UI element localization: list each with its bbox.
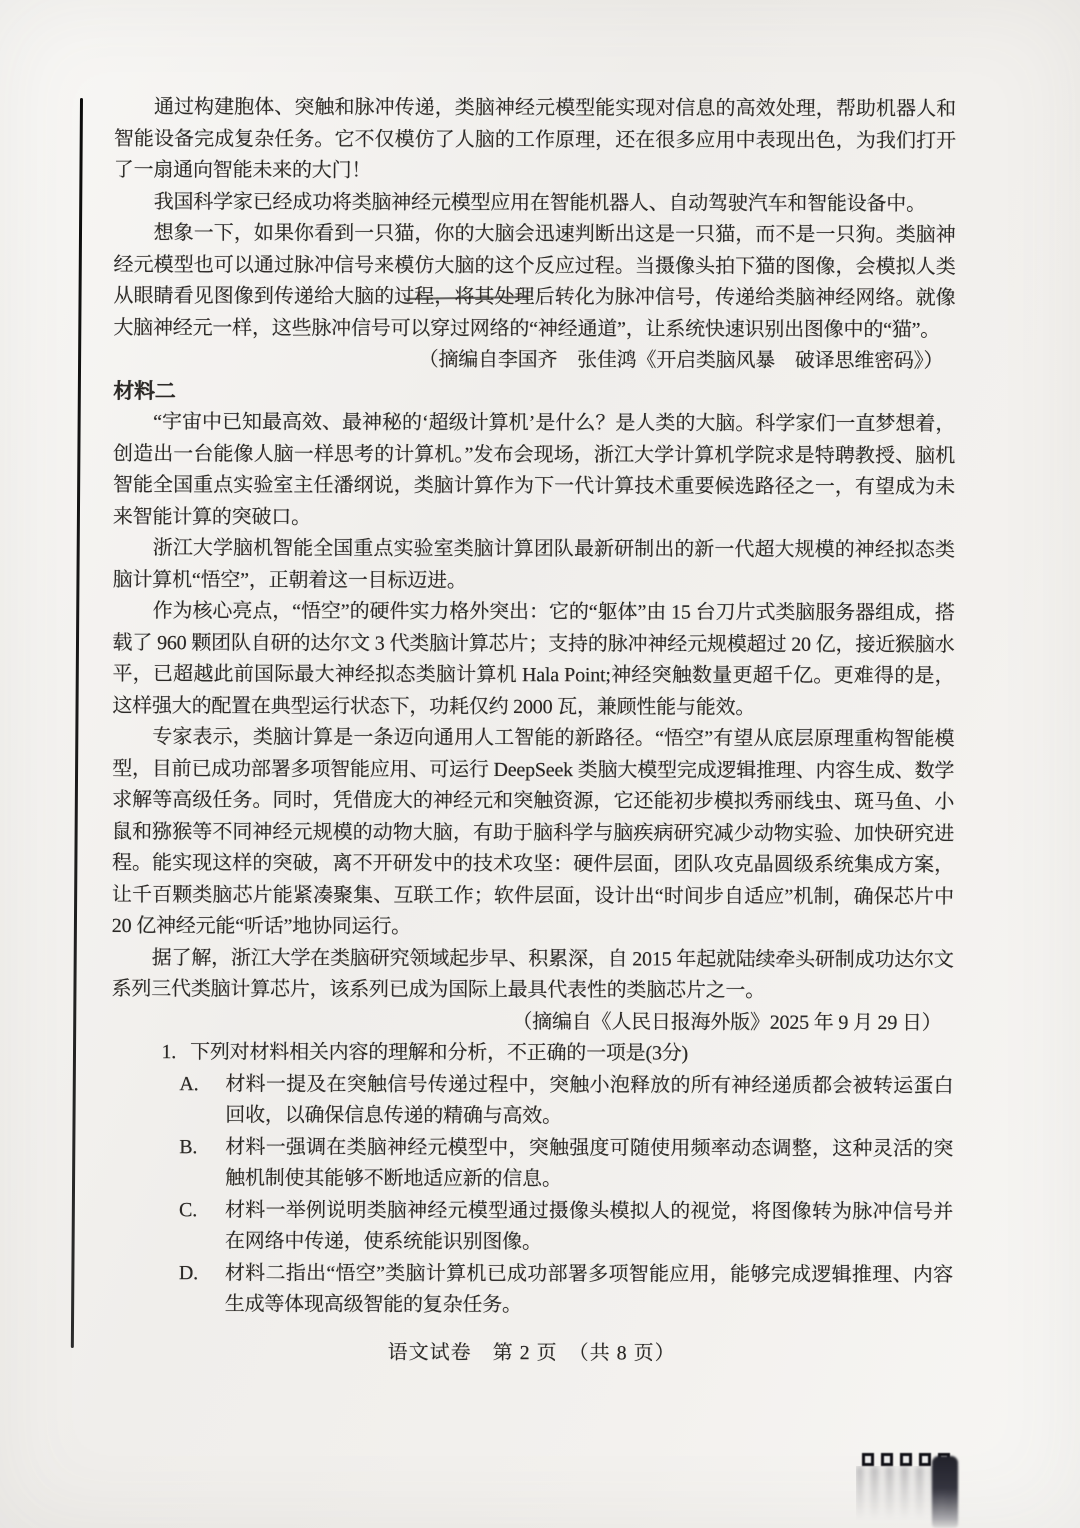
material-two-paragraph: 作为核心亮点，“悟空”的硬件实力格外突出：它的“躯体”由 15 台刀片式类脑服务… <box>112 596 954 724</box>
option-b-label: B. <box>179 1132 225 1195</box>
watermark-bar <box>932 1456 958 1528</box>
blurred-watermark <box>856 1448 1006 1528</box>
option-d-label: D. <box>179 1258 225 1321</box>
exam-page-scan: 通过构建胞体、突触和脉冲传递，类脑神经元模型能实现对信息的高效处理，帮助机器人和… <box>0 0 1080 1528</box>
option-c: C. 材料一举例说明类脑神经元模型通过摄像头模拟人的视觉，将图像转为脉冲信号并在… <box>111 1194 953 1259</box>
watermark-smear <box>856 1466 960 1528</box>
watermark-glyph <box>881 1453 893 1466</box>
material-two-paragraph: 据了解，浙江大学在类脑研究领域起步早、积累深，自 2015 年起就陆续牵头研制成… <box>112 942 954 1007</box>
option-a-label: A. <box>179 1069 225 1132</box>
option-a: A. 材料一提及在突触信号传递过程中，突触小泡释放的所有神经递质都会被转运蛋白回… <box>111 1068 953 1133</box>
watermark-glyph <box>900 1453 912 1466</box>
material-two-citation: （摘编自《人民日报海外版》2025 年 9 月 29 日） <box>112 1005 954 1039</box>
material-one-citation: （摘编自李国齐 张佳鸿《开启类脑风暴 破译思维密码》） <box>113 344 955 378</box>
option-c-label: C. <box>179 1195 225 1258</box>
option-d-text: 材料二指出“悟空”类脑计算机已成功部署多项智能应用，能够完成逻辑推理、内容生成等… <box>225 1258 953 1323</box>
page-content: 通过构建胞体、突触和脉冲传递，类脑神经元模型能实现对信息的高效处理，帮助机器人和… <box>111 92 956 1370</box>
option-a-text: 材料一提及在突触信号传递过程中，突触小泡释放的所有神经递质都会被转运蛋白回收，以… <box>225 1069 953 1134</box>
material-two-paragraph: 专家表示，类脑计算是一条迈向通用人工智能的新路径。“悟空”有望从底层原理重构智能… <box>112 722 955 945</box>
watermark-glyphs <box>862 1453 950 1466</box>
question-1: 1.下列对材料相关内容的理解和分析，不正确的一项是(3分) <box>111 1037 953 1071</box>
scan-border-line <box>71 98 83 1348</box>
material-one-paragraph: 想象一下，如果你看到一只猫，你的大脑会迅速判断出这是一只猫，而不是一只狗。类脑神… <box>113 218 955 346</box>
material-two-paragraph: 浙江大学脑机智能全国重点实验室类脑计算团队最新研制出的新一代超大规模的神经拟态类… <box>113 533 955 598</box>
question-stem: 下列对材料相关内容的理解和分析，不正确的一项是(3分) <box>190 1041 688 1064</box>
option-b: B. 材料一强调在类脑神经元模型中，突触强度可随使用频率动态调整，这种灵活的突触… <box>111 1131 953 1196</box>
option-b-text: 材料一强调在类脑神经元模型中，突触强度可随使用频率动态调整，这种灵活的突触机制使… <box>225 1132 953 1197</box>
material-two-paragraph: “宇宙中已知最高效、最神秘的‘超级计算机’是什么？是人类的大脑。科学家们一直梦想… <box>113 407 955 535</box>
material-two-heading: 材料二 <box>113 375 955 409</box>
material-one-paragraph: 通过构建胞体、突触和脉冲传递，类脑神经元模型能实现对信息的高效处理，帮助机器人和… <box>114 92 956 189</box>
option-d: D. 材料二指出“悟空”类脑计算机已成功部署多项智能应用，能够完成逻辑推理、内容… <box>111 1257 953 1322</box>
material-one-paragraph: 我国科学家已经成功将类脑神经元模型应用在智能机器人、自动驾驶汽车和智能设备中。 <box>114 186 956 220</box>
watermark-glyph <box>919 1453 931 1466</box>
page-footer: 语文试卷 第 2 页 （共 8 页） <box>111 1336 953 1370</box>
question-number: 1. <box>161 1041 176 1063</box>
option-c-text: 材料一举例说明类脑神经元模型通过摄像头模拟人的视觉，将图像转为脉冲信号并在网络中… <box>225 1195 953 1260</box>
watermark-glyph <box>938 1453 950 1466</box>
watermark-glyph <box>862 1453 874 1466</box>
